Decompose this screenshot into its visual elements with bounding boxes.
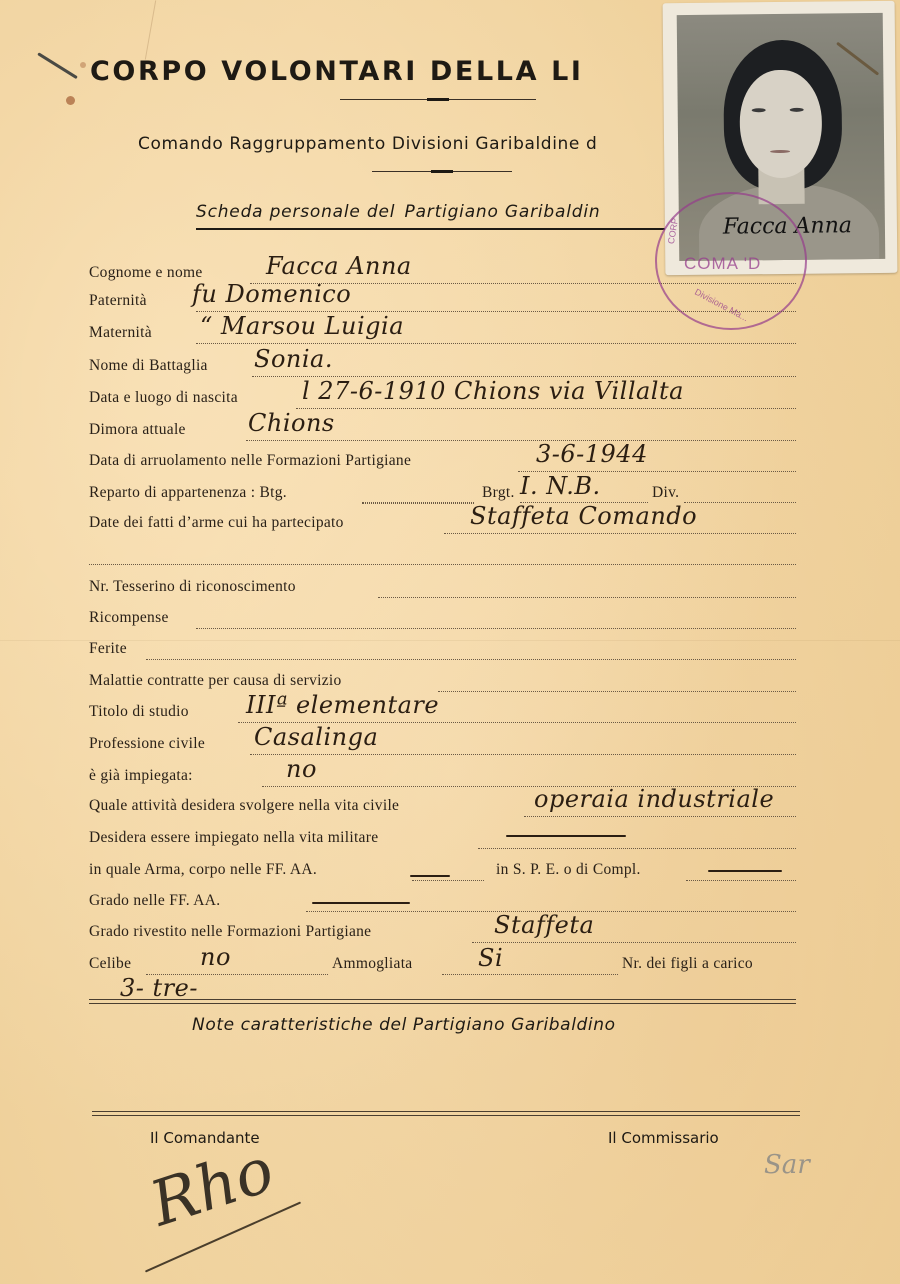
- field-line: [250, 754, 796, 755]
- field-value[interactable]: Sonia.: [254, 345, 333, 373]
- spe-line: [686, 880, 796, 881]
- field-label: Maternità: [89, 324, 152, 342]
- field-value[interactable]: Staffeta: [494, 911, 594, 939]
- field-label: Reparto di appartenenza : Btg.: [89, 484, 287, 502]
- field-label: Paternità: [89, 292, 147, 310]
- form-title-underline: [196, 228, 676, 230]
- field-label: in quale Arma, corpo nelle FF. AA.: [89, 861, 317, 879]
- field-label: Quale attività desidera svolgere nella v…: [89, 797, 399, 815]
- photo-staple: [836, 42, 879, 76]
- spe-value-dash[interactable]: [708, 870, 782, 872]
- spe-label: in S. P. E. o di Compl.: [496, 861, 641, 879]
- field-line: [472, 942, 796, 943]
- field-label: Date dei fatti d’arme cui ha partecipato: [89, 514, 344, 532]
- subtitle-divider: [372, 171, 512, 172]
- field-line: [524, 816, 796, 817]
- field-value[interactable]: no: [286, 755, 317, 783]
- field-value[interactable]: operaia industriale: [534, 785, 774, 813]
- field-value[interactable]: Chions: [248, 409, 335, 437]
- field-line: [438, 691, 796, 692]
- field-label: è già impiegata:: [89, 767, 193, 785]
- field-line: [478, 848, 796, 849]
- field-value[interactable]: 3-6-1944: [536, 440, 648, 468]
- brgt-line: [520, 502, 648, 503]
- field-value[interactable]: Facca Anna: [266, 252, 412, 280]
- field-line: [362, 503, 474, 504]
- field-label: Cognome e nome: [89, 264, 203, 282]
- field-label: Data e luogo di nascita: [89, 389, 238, 407]
- fold-crease: [0, 640, 900, 641]
- field-label: Grado nelle FF. AA.: [89, 892, 220, 910]
- btg-line: [362, 502, 474, 503]
- field-label: Malattie contratte per causa di servizio: [89, 672, 342, 690]
- field-label: Ricompense: [89, 609, 169, 627]
- field-line: [246, 440, 796, 441]
- field-value-dash[interactable]: [410, 875, 450, 877]
- notes-title: Note caratteristiche del Partigiano Gari…: [192, 1015, 616, 1035]
- field-line: [196, 628, 796, 629]
- form-title: Scheda personale del Partigiano Garibald…: [196, 202, 600, 222]
- div-line: [684, 502, 796, 503]
- title-divider: [340, 99, 536, 100]
- field-value[interactable]: l 27-6-1910 Chions via Villalta: [302, 377, 684, 405]
- div-label: Div.: [652, 484, 679, 502]
- section-divider: [89, 1003, 796, 1004]
- field-label: Professione civile: [89, 735, 205, 753]
- field-line: [146, 659, 796, 660]
- document-subtitle: Comando Raggruppamento Divisioni Garibal…: [138, 134, 597, 154]
- document-title: CORPO VOLONTARI DELLA LI: [90, 56, 584, 87]
- field-label: Data di arruolamento nelle Formazioni Pa…: [89, 452, 411, 470]
- field-label: Titolo di studio: [89, 703, 189, 721]
- stamp-text: COMA 'D: [684, 254, 761, 274]
- field-label: Nome di Battaglia: [89, 357, 208, 375]
- ammogliata-label: Ammogliata: [332, 955, 413, 973]
- field-line: [196, 343, 796, 344]
- field-label: Ferite: [89, 640, 127, 658]
- field-value[interactable]: fu Domenico: [192, 280, 351, 308]
- rust-stain: [66, 96, 75, 105]
- field-value[interactable]: IIIª elementare: [246, 691, 439, 719]
- field-label: Desidera essere impiegato nella vita mil…: [89, 829, 378, 847]
- section-divider: [89, 999, 796, 1000]
- commissario-signature: Sar: [764, 1150, 810, 1180]
- field-value[interactable]: Casalinga: [254, 723, 378, 751]
- field-line: [412, 880, 484, 881]
- ammogliata-value[interactable]: Si: [478, 944, 503, 972]
- field-label: Dimora attuale: [89, 421, 186, 439]
- ammogliata-line: [442, 974, 618, 975]
- field-line: [378, 597, 796, 598]
- field-value[interactable]: Staffeta Comando: [470, 502, 697, 530]
- field-label: Grado rivestito nelle Formazioni Partigi…: [89, 923, 371, 941]
- figli-label: Nr. dei figli a carico: [622, 955, 753, 973]
- field-line: [444, 533, 796, 534]
- field-value-dash[interactable]: [506, 835, 626, 837]
- extra-line: [89, 564, 796, 565]
- commissario-label: Il Commissario: [608, 1129, 719, 1147]
- rust-stain: [80, 62, 86, 68]
- figli-value[interactable]: 3- tre-: [120, 974, 198, 1002]
- field-label: Nr. Tesserino di riconoscimento: [89, 578, 296, 596]
- field-label: Celibe: [89, 955, 131, 973]
- field-line: [296, 408, 796, 409]
- field-value[interactable]: “ Marsou Luigia: [200, 312, 404, 340]
- notes-bottom-divider: [92, 1111, 800, 1112]
- field-value[interactable]: no: [200, 943, 231, 971]
- brgt-value[interactable]: I. N.B.: [520, 472, 601, 500]
- brgt-label: Brgt.: [482, 484, 515, 502]
- field-value-dash[interactable]: [312, 902, 410, 904]
- notes-bottom-divider: [92, 1115, 800, 1116]
